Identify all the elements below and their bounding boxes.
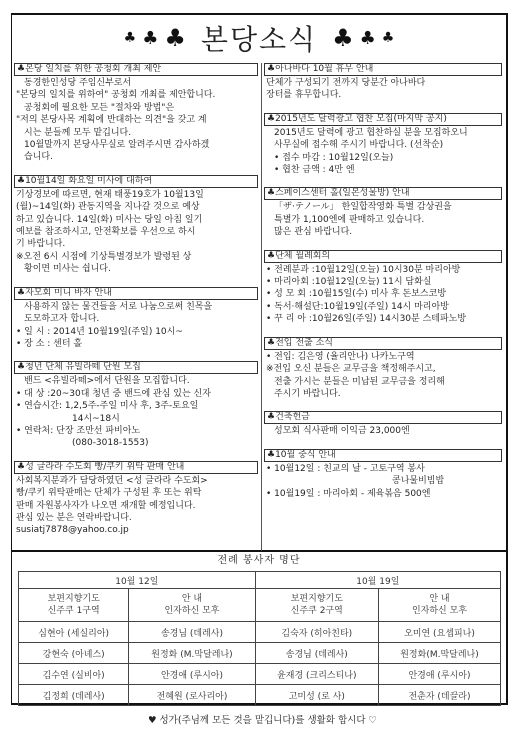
notice-line: 14시~18시 xyxy=(14,413,258,425)
role-label: 보편지향기도 xyxy=(257,593,377,605)
roster-role: 보편지향기도신주쿠 1구역 xyxy=(19,589,129,622)
notice-line: 빵/쿠키 위탁판매는 단체가 구성된 후 또는 위탁 xyxy=(14,487,258,499)
notice-line: 판매 자원봉사자가 나오면 재개할 예정입니다. xyxy=(14,500,258,512)
notice-line: • 10월12일 : 친교의 날 - 고토구역 봉사 xyxy=(264,463,502,475)
notice-line: ※오전 6시 시점에 기상특별경보가 발령된 상 xyxy=(14,251,258,263)
notice-line: 콩나물비빔밥 xyxy=(264,475,502,487)
page-title: 본당소식 xyxy=(201,18,317,58)
notice-section: ♣성 글라라 수도회 빵/쿠키 위탁 판매 안내사회복지분과가 담당하였던 <성… xyxy=(14,461,258,537)
role-label: 안 내 xyxy=(130,593,253,605)
notice-line: • 일 시 : 2014년 10월19일(주일) 10시~ xyxy=(14,326,258,338)
notice-section: ♣본당 일치를 위한 공청회 개최 제안동경한인성당 주임신부로서"본당의 일치… xyxy=(14,63,258,164)
notice-section: ♣자모회 미니 바자 안내사용하지 않는 물건들을 서로 나눔으로써 친목을도모… xyxy=(14,287,258,351)
notice-line: 도모하고자 합니다. xyxy=(14,313,258,325)
notice-line: "저의 본당사목 계획에 반대하는 의견"을 갖고 계 xyxy=(14,114,258,126)
club-icon: ♣ xyxy=(332,24,354,52)
section-title: ♣전입 전출 소식 xyxy=(264,337,502,350)
role-group: 인자하신 모후 xyxy=(380,605,499,617)
notice-line: 2015년도 달력에 광고 협찬하실 분을 모집하오니 xyxy=(264,127,502,139)
column-divider xyxy=(261,63,262,551)
volunteer-name: 김수연 (실비아) xyxy=(19,664,129,685)
club-icon: ♣ xyxy=(124,30,137,46)
volunteer-name: 윤재경 (크리스티나) xyxy=(255,664,378,685)
table-row: 김수연 (실비아) 안경애 (루시아) 윤재경 (크리스티나) 안경애 (루시아… xyxy=(19,664,501,685)
left-column: ♣본당 일치를 위한 공청회 개최 제안동경한인성당 주임신부로서"본당의 일치… xyxy=(14,63,258,548)
notice-line: 단체가 구성되기 전까지 당분간 아나바다 xyxy=(264,77,502,89)
volunteer-name: 원정화 (M.막달레나) xyxy=(129,643,255,664)
notice-line: 주시기 바랍니다. xyxy=(264,388,502,400)
notice-line: 하고 있습니다. 14일(화) 미사는 당일 아침 일기 xyxy=(14,214,258,226)
notice-line: • 10월19일 : 마리아회 - 제육볶음 500엔 xyxy=(264,488,502,500)
club-icon: ♣ xyxy=(142,28,158,49)
notice-line: • 전례분과 :10월12일(오늘) 10시30분 마리아방 xyxy=(264,264,502,276)
section-title: ♣건축헌금 xyxy=(264,411,502,424)
notice-line: (월)~14일(화) 관동지역을 지나갈 것으로 예상 xyxy=(14,201,258,213)
section-title: ♣청년 단체 유빌라떼 단원 모집 xyxy=(14,361,258,374)
volunteer-name: 원정화(M.막달레나) xyxy=(378,643,500,664)
roster-role: 안 내인자하신 모후 xyxy=(378,589,500,622)
role-group: 신주쿠 2구역 xyxy=(257,605,377,617)
notice-line: • 독서·해설단:10월19일(주일) 14시 마리아방 xyxy=(264,301,502,313)
notice-line: 동경한인성당 주임신부로서 xyxy=(14,77,258,89)
notice-section: ♣스페이스센터 홀(일본성물방) 안내「ザ·テノール」 한일합작영화 특별 감상… xyxy=(264,187,502,238)
notice-line: 「ザ·テノール」 한일합작영화 특별 감상권을 xyxy=(264,201,502,213)
role-label: 보편지향기도 xyxy=(20,593,127,605)
notice-line: "본당의 일치를 위하여" 공청회 개최를 제안합니다. xyxy=(14,89,258,101)
notice-section: ♣청년 단체 유빌라떼 단원 모집밴드 <유빌라떼>에서 단원을 모집합니다.•… xyxy=(14,361,258,449)
notice-line: • 장 소 : 센터 홀 xyxy=(14,338,258,350)
section-title: ♣10월14일 화요일 미사에 대하여 xyxy=(14,175,258,188)
notice-section: ♣10월14일 화요일 미사에 대하여기상경보에 따르면, 현재 태풍19호가 … xyxy=(14,175,258,276)
notice-section: ♣10월 중식 안내• 10월12일 : 친교의 날 - 고토구역 봉사콩나물비… xyxy=(264,449,502,500)
section-title: ♣단체 월례회의 xyxy=(264,250,502,263)
notice-line: • 연락처: 단장 조만선 파비아노 xyxy=(14,425,258,437)
notice-line: • 마리아회 :10월12일(오늘) 11시 담화실 xyxy=(264,276,502,288)
volunteer-name: 전춘자 (데끌라) xyxy=(378,685,500,706)
volunteer-name: 김숙자 (히아친타) xyxy=(255,622,378,643)
volunteer-name: 강현숙 (아녜스) xyxy=(19,643,129,664)
section-title: ♣아나바다 10월 휴무 안내 xyxy=(264,63,502,76)
section-title: ♣10월 중식 안내 xyxy=(264,449,502,462)
notice-line: 장터를 휴무합니다. xyxy=(264,89,502,101)
notice-line: 사회복지분과가 담당하였던 <성 글라라 수도회> xyxy=(14,475,258,487)
notice-line: 기상경보에 따르면, 현재 태풍19호가 10월13일 xyxy=(14,189,258,201)
notice-line: 10월말까지 본당사무실로 알려주시면 감사하겠 xyxy=(14,139,258,151)
notice-section: ♣아나바다 10월 휴무 안내단체가 구성되기 전까지 당분간 아나바다장터를 … xyxy=(264,63,502,102)
notice-line: 기 바랍니다. xyxy=(14,238,258,250)
bulletin-frame: ♣ ♣ ♣ 본당소식 ♣ ♣ ♣ ♣본당 일치를 위한 공청회 개최 제안동경한… xyxy=(11,13,508,551)
notice-line: 특별가 1,100엔에 판매하고 있습니다. xyxy=(264,214,502,226)
liturgy-volunteer-roster: 전례 봉사자 명단 10월 12일 10월 19일 보편지향기도신주쿠 1구역 … xyxy=(11,551,508,705)
notice-line: 황이면 미사는 쉽니다. xyxy=(14,263,258,275)
club-icon: ♣ xyxy=(164,24,186,52)
volunteer-name: 송경님 (데레사) xyxy=(255,643,378,664)
volunteer-name: 심현아 (세실리아) xyxy=(19,622,129,643)
volunteer-name: 안경애 (루시아) xyxy=(378,664,500,685)
volunteer-name: 안경애 (루시아) xyxy=(129,664,255,685)
table-row: 심현아 (세실리아) 송경님 (데레사) 김숙자 (히아친타) 오미연 (요셉피… xyxy=(19,622,501,643)
table-row: 강현숙 (아녜스) 원정화 (M.막달레나) 송경님 (데레사) 원정화(M.막… xyxy=(19,643,501,664)
section-title: ♣자모회 미니 바자 안내 xyxy=(14,287,258,300)
table-row: 김정희 (데레사) 전혜원 (로사리아) 고미성 (로 사) 전춘자 (데끌라) xyxy=(19,685,501,706)
notice-line: 예보를 참조하시고, 안전확보를 우선으로 하시 xyxy=(14,226,258,238)
section-title: ♣성 글라라 수도회 빵/쿠키 위탁 판매 안내 xyxy=(14,461,258,474)
notice-line: 전출 가시는 분들은 미납된 교무금을 정리해 xyxy=(264,376,502,388)
notice-line: • 대 상 :20~30대 청년 중 밴드에 관심 있는 신자 xyxy=(14,388,258,400)
section-title: ♣2015년도 달력광고 협찬 모집(마지막 공지) xyxy=(264,113,502,126)
section-title: ♣본당 일치를 위한 공청회 개최 제안 xyxy=(14,63,258,76)
notice-line: (080-3018-1553) xyxy=(14,437,258,449)
right-column: ♣아나바다 10월 휴무 안내단체가 구성되기 전까지 당분간 아나바다장터를 … xyxy=(264,63,502,511)
roster-title: 전례 봉사자 명단 xyxy=(12,552,506,570)
notice-section: ♣단체 월례회의• 전례분과 :10월12일(오늘) 10시30분 마리아방• … xyxy=(264,250,502,326)
volunteer-name: 고미성 (로 사) xyxy=(255,685,378,706)
notice-line: ※전입 오신 분들은 교무금을 책정해주시고, xyxy=(264,363,502,375)
section-title: ♣스페이스센터 홀(일본성물방) 안내 xyxy=(264,187,502,200)
volunteer-name: 송경님 (데레사) xyxy=(129,622,255,643)
club-icon: ♣ xyxy=(360,28,376,49)
notice-line: • 협찬 금액 : 4만 엔 xyxy=(264,164,502,176)
volunteer-name: 오미연 (요셉피나) xyxy=(378,622,500,643)
notice-section: ♣2015년도 달력광고 협찬 모집(마지막 공지)2015년도 달력에 광고 … xyxy=(264,113,502,177)
roster-table: 10월 12일 10월 19일 보편지향기도신주쿠 1구역 안 내인자하신 모후… xyxy=(18,571,501,706)
notice-line: 공청회에 필요한 모든 "절차와 방법"은 xyxy=(14,102,258,114)
volunteer-name: 전혜원 (로사리아) xyxy=(129,685,255,706)
club-icon: ♣ xyxy=(382,30,395,46)
volunteer-name: 김정희 (데레사) xyxy=(19,685,129,706)
masthead: ♣ ♣ ♣ 본당소식 ♣ ♣ ♣ xyxy=(12,15,506,61)
notice-line: susiatj7878@yahoo.co.jp xyxy=(14,524,258,536)
roster-date: 10월 12일 xyxy=(19,572,256,589)
role-group: 신주쿠 1구역 xyxy=(20,605,127,617)
footer-slogan: ♥ 성가(주님께 모든 것을 맡깁니다)를 생활화 합시다 ♡ xyxy=(0,712,525,726)
notice-line: • 접수 마감 : 10월12일(오늘) xyxy=(264,152,502,164)
notice-line: 시는 분들께 모두 맡깁니다. xyxy=(14,127,258,139)
notice-line: 사용하지 않는 물건들을 서로 나눔으로써 친목을 xyxy=(14,301,258,313)
role-label: 안 내 xyxy=(380,593,499,605)
notice-section: ♣건축헌금성모회 식사판매 이익금 23,000엔 xyxy=(264,411,502,437)
notice-line: 관심 있는 분은 연락바랍니다. xyxy=(14,512,258,524)
roster-role: 안 내인자하신 모후 xyxy=(129,589,255,622)
notice-line: 습니다. xyxy=(14,151,258,163)
notice-line: • 성 모 회 :10월15일(수) 미사 후 돈보스코방 xyxy=(264,288,502,300)
notice-line: • 전입: 김은영 (율리안나) 나카노구역 xyxy=(264,351,502,363)
notice-line: • 꾸 리 아 :10월26일(주일) 14시30분 스테파노방 xyxy=(264,313,502,325)
notice-line: 성모회 식사판매 이익금 23,000엔 xyxy=(264,425,502,437)
role-group: 인자하신 모후 xyxy=(130,605,253,617)
notice-section: ♣전입 전출 소식• 전입: 김은영 (율리안나) 나카노구역※전입 오신 분들… xyxy=(264,337,502,401)
roster-date: 10월 19일 xyxy=(255,572,500,589)
notice-line: 밴드 <유빌라떼>에서 단원을 모집합니다. xyxy=(14,375,258,387)
notice-line: 많은 관심 바랍니다. xyxy=(264,226,502,238)
roster-role: 보편지향기도신주쿠 2구역 xyxy=(255,589,378,622)
notice-line: 사무실에 접수해 주시기 바랍니다. (선착순) xyxy=(264,139,502,151)
notice-line: • 연습시간: 1,2,5주-주일 미사 후, 3주-토요일 xyxy=(14,400,258,412)
